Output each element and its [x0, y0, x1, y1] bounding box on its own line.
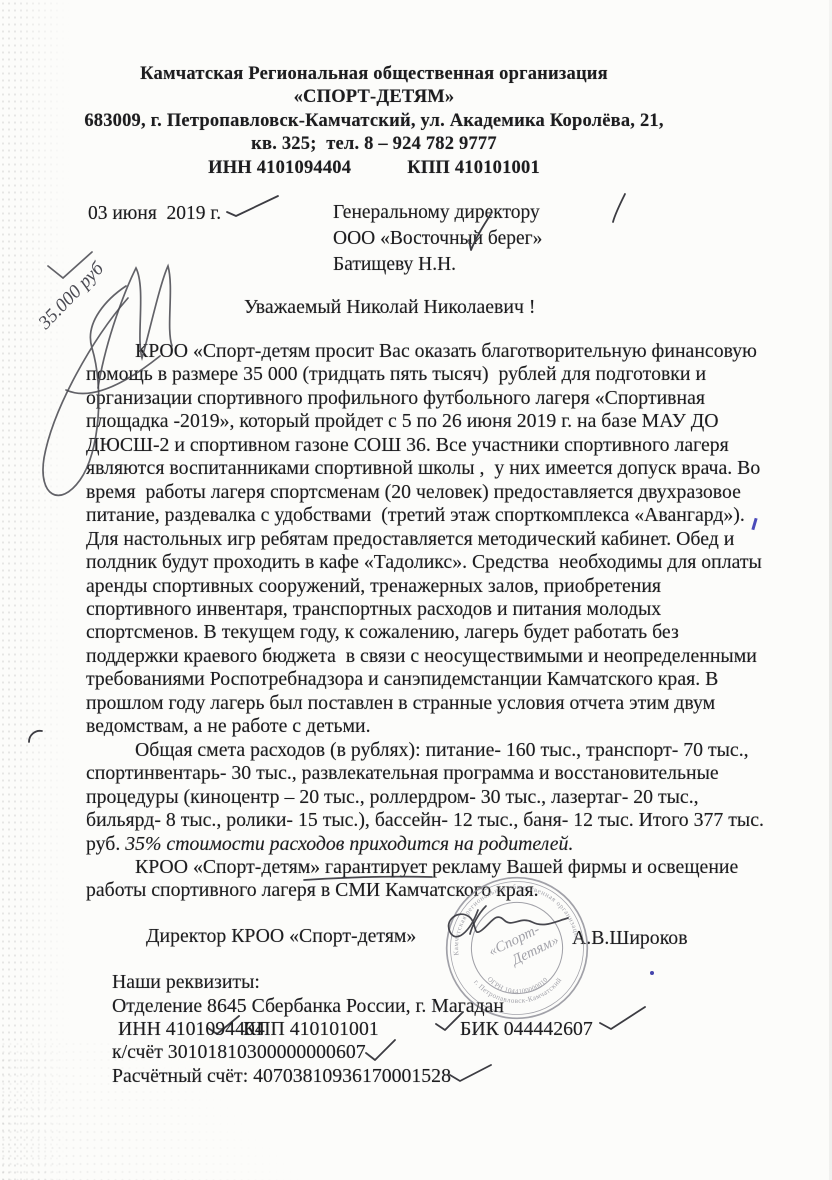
requisites-bank: Отделение 8645 Сбербанка России, г. Мага… [112, 995, 504, 1018]
director-signature-ink [300, 868, 600, 960]
signature-zigzag [98, 266, 172, 388]
date-line: 03 июня 2019 г. [88, 203, 221, 225]
addressee-block: Генеральному директору ООО «Восточный бе… [333, 200, 542, 279]
requisites-codes: ИНН 4101094404 КПП 410101001 БИК 0444426… [118, 1018, 678, 1042]
org-address: 683009, г. Петропавловск-Камчатский, ул.… [40, 110, 708, 133]
requisites-bik: БИК 044442607 [460, 1018, 593, 1041]
salutation: Уважаемый Николай Николаевич ! [244, 296, 535, 319]
org-inn: ИНН 4101094404 [208, 157, 351, 180]
org-phone: кв. 325; тел. 8 – 924 782 9777 [40, 133, 708, 156]
org-type-line: Камчатская Региональная общественная орг… [40, 63, 708, 86]
addressee-name: Батищеву Н.Н. [333, 252, 542, 278]
requisites-settlement-account: Расчётный счёт: 40703810936170001528 [112, 1065, 451, 1088]
handwritten-annotation: 35.000 руб [8, 228, 223, 523]
requisites-corr-account: к/счёт 30101810300000000607 [112, 1041, 366, 1064]
margin-crescent-mark [26, 728, 44, 744]
scanned-letter-page: Камчатская Региональная общественная орг… [0, 0, 832, 1180]
handwritten-amount: 35.000 руб [34, 257, 109, 334]
blue-pen-dot [650, 971, 654, 975]
budget-italic-note: 35% стоимости расходов приходится на род… [125, 833, 573, 855]
signature-cross-stroke [66, 356, 160, 393]
slash-after-director-icon [610, 192, 628, 224]
paragraph-budget: Общая смета расходов (в рублях): питание… [86, 739, 766, 856]
addressee-company: ООО «Восточный берег» [333, 226, 542, 252]
org-codes: ИНН 4101094404 КПП 410101001 [40, 157, 708, 180]
addressee-position: Генеральному директору [333, 200, 542, 226]
org-name: «СПОРТ-ДЕТЯМ» [40, 86, 708, 109]
checkmark-settlement-account-icon [448, 1061, 494, 1085]
org-kpp: КПП 410101001 [407, 157, 540, 180]
requisites-kpp: КПП 410101001 [243, 1018, 379, 1041]
letterhead: Камчатская Региональная общественная орг… [40, 63, 708, 180]
requisites-heading: Наши реквизиты: [112, 971, 260, 994]
checkmark-after-date-icon [224, 192, 282, 220]
